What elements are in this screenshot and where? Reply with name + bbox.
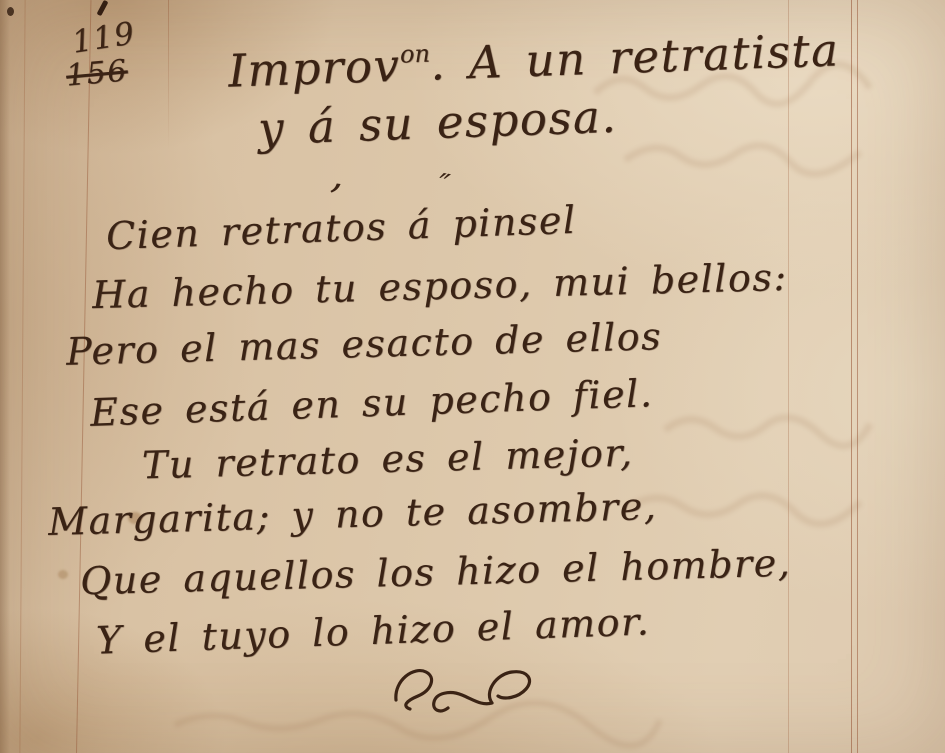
ink-dot-corner (7, 7, 14, 16)
left-margin-rule-outer (19, 0, 25, 753)
poem-title-line1: Improvon. A un retratista (227, 23, 840, 97)
struck-folio-number: 156 (65, 53, 130, 93)
title-dedication: . A un retratista (429, 23, 840, 90)
poem-line: Y el tuyo lo hizo el amor. (95, 599, 650, 662)
right-margin-rule (788, 0, 789, 753)
end-flourish-icon (392, 662, 562, 727)
page-edge-shadow (0, 0, 10, 753)
title-superscript: on (400, 40, 431, 69)
poem-line: Pero el mas esacto de ellos (66, 314, 663, 374)
paper-stain (58, 570, 68, 579)
bleedthrough-ghost (620, 478, 870, 538)
poem-line: Tu retrato es el mejor, (142, 431, 634, 488)
folio-number: 119 (70, 15, 139, 61)
right-double-rule-2 (857, 0, 858, 753)
bleedthrough-ghost (620, 130, 880, 190)
poem-line: Que aquellos los hizo el hombre, (80, 541, 792, 604)
bleedthrough-ghost (660, 400, 880, 460)
ink-mark-top-edge (97, 0, 109, 16)
separator-comma-mark: , (329, 151, 348, 198)
poem-line: Cien retratos á pinsel (105, 198, 577, 258)
left-margin-rule-inner (76, 0, 91, 753)
poem-line: Ha hecho tu esposo, mui bellos: (92, 255, 789, 317)
title-abbreviation: Improv (227, 39, 401, 98)
separator-ditto-mark: ″ (435, 167, 452, 203)
poem-line: Ese está en su pecho fiel. (89, 371, 654, 435)
manuscript-page: 119 156 Improvon. A un retratista y á su… (0, 0, 945, 753)
left-margin-rule-partial (168, 0, 169, 150)
poem-line: Margarita; y no te asombre, (48, 484, 658, 544)
right-double-rule-1 (851, 0, 852, 753)
poem-title-line2: y á su esposa. (257, 90, 618, 155)
